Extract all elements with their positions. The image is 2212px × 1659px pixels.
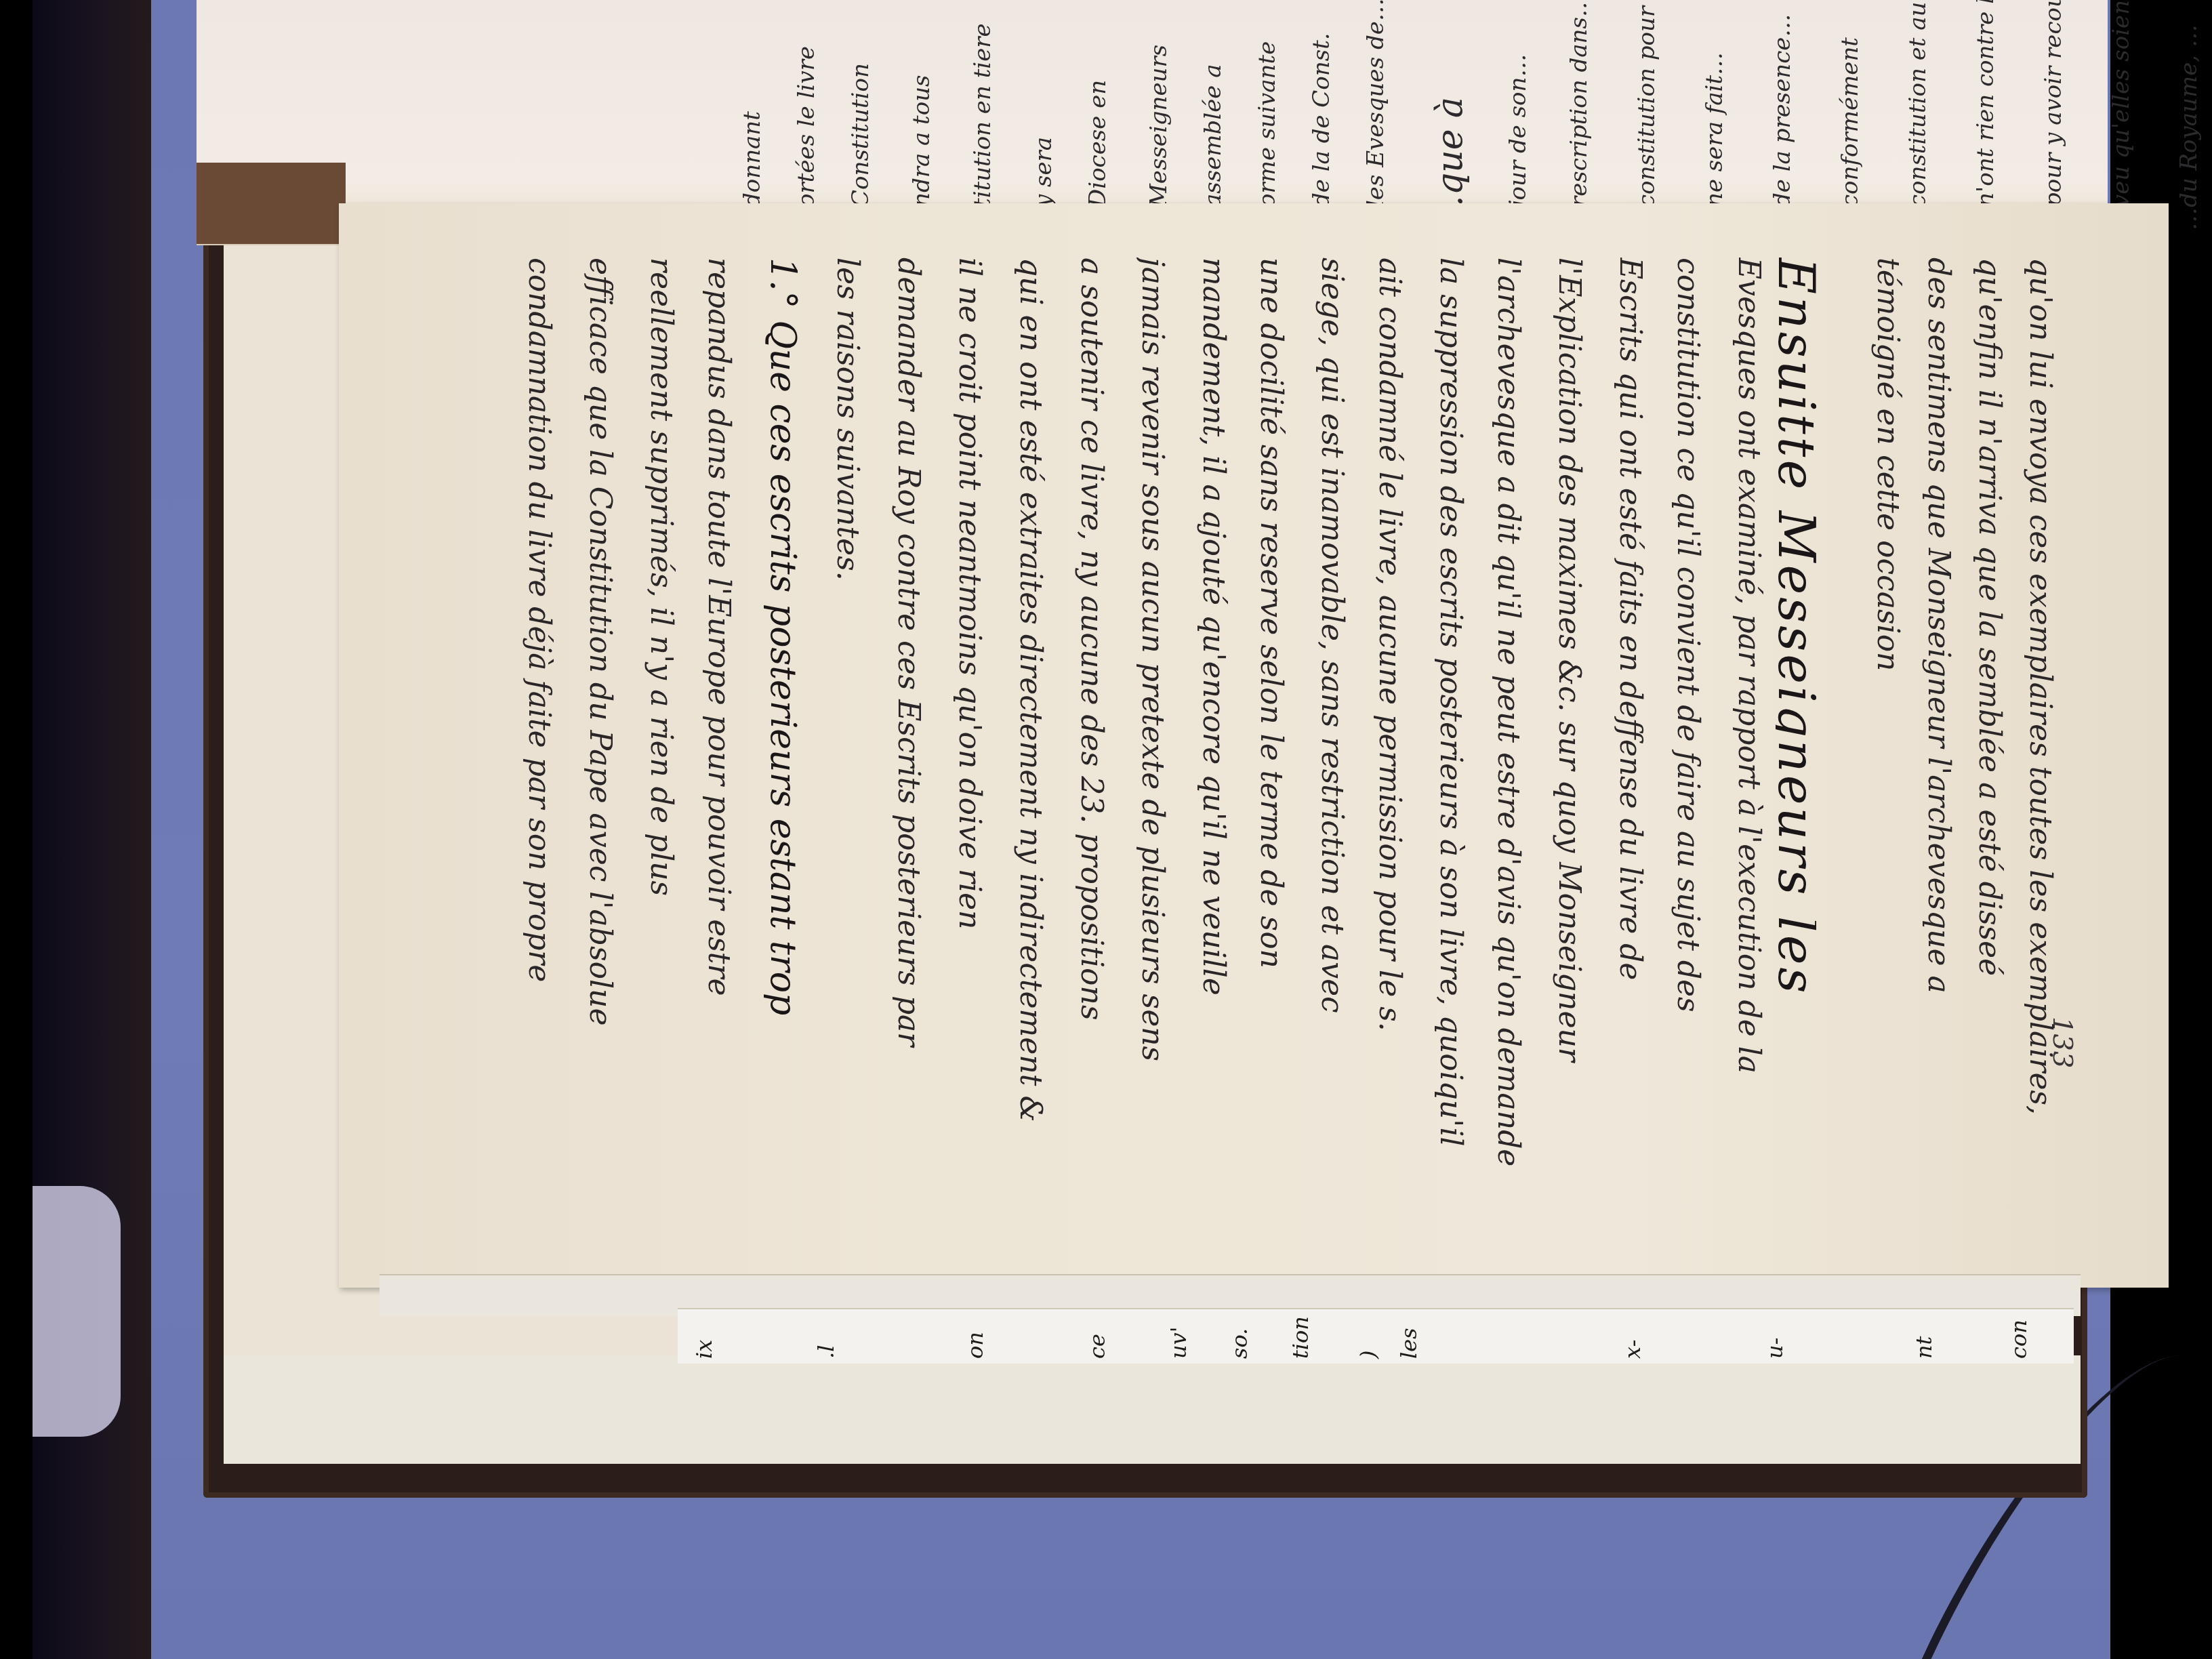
ms-line: efficace que la Constitution du Pape ave… [579,258,620,1233]
ms-line: les raisons suivantes. [827,258,867,1233]
section-heading: Ensuitte Messeigneurs les [1776,258,1816,1233]
ms-line: ait condamné le livre, aucune permission… [1369,258,1410,1233]
ms-line: témoigné en cette occasion [1867,258,1908,1233]
ms-line: il ne croit point neantmoins qu'on doive… [949,258,989,1233]
numbered-paragraph: 1.° Que ces escrits posterieurs estant t… [762,258,803,1233]
ms-line: repandus dans toute l'Europe pour pouvoi… [698,258,739,1233]
ms-line: l'archevesque a dit qu'il ne peut estre … [1488,258,1528,1233]
ms-line: la suppression des escrits posterieurs à… [1430,258,1471,1233]
ms-line: reellement supprimés, il n'y a rien de p… [640,258,681,1233]
ms-line: Escrits qui ont esté faits en deffense d… [1610,258,1650,1233]
ms-line: des sentimens que Monseigneur l'archeves… [1918,258,1959,1233]
ms-line: l'Explication des maximes &c. sur quoy M… [1549,258,1589,1233]
ms-line: jamais revenir sous aucun pretexte de pl… [1132,258,1172,1233]
ms-line: constitution ce qu'il convient de faire … [1667,258,1708,1233]
ms-line: mandement, il a ajouté qu'encore qu'il n… [1193,258,1233,1233]
ms-line: siege, qui est inamovable, sans restrict… [1311,258,1352,1233]
ms-line: qu'enfin il n'arriva que la semblée a es… [1969,258,2009,1233]
ms-line: qu'on lui envoya ces exemplaires toutes … [2020,258,2060,1233]
ms-line: condamnation du livre déjà faite par son… [518,258,559,1233]
ms-line: Evesques ont examiné, par rapport à l'ex… [1728,258,1769,1233]
ms-line: a soutenir ce livre, ny aucune des 23. p… [1071,258,1111,1233]
ms-line: qui en ont esté extraites directement ny… [1010,258,1050,1233]
ms-line: une docilité sans reserve selon le terme… [1250,258,1291,1233]
ms-line: demander au Roy contre ces Escrits poste… [888,258,928,1233]
manuscript-text: 133 qu'on lui envoya ces exemplaires tou… [0,0,2212,1659]
